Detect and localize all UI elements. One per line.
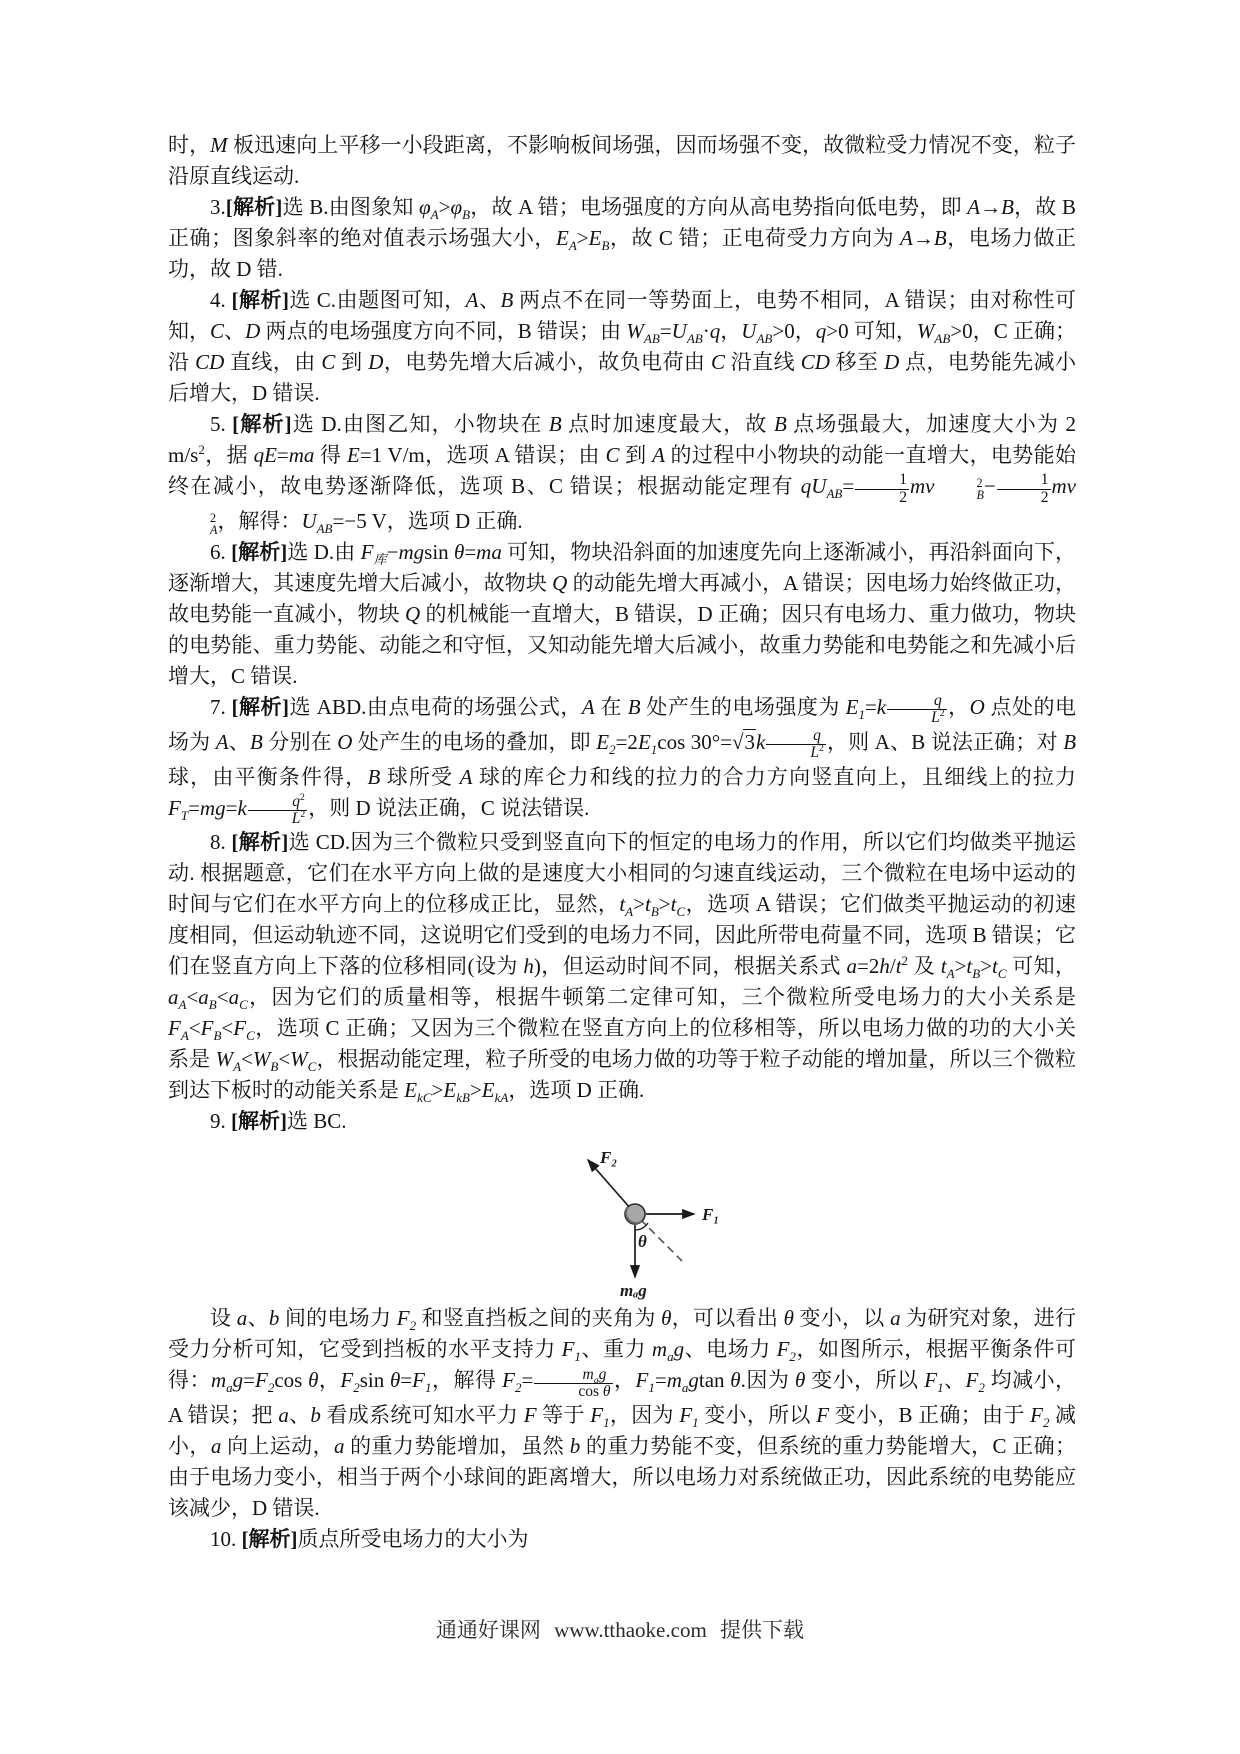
- paragraph: 7. [解析]选 ABD.由点电荷的场强公式，A 在 B 处产生的电场强度为 E…: [168, 692, 1076, 828]
- paragraph: 设 a、b 间的电场力 F2 和竖直挡板之间的夹角为 θ，可以看出 θ 变小，以…: [168, 1303, 1076, 1524]
- footer-text: 通通好课网 www.tthaoke.com 提供下载: [0, 1614, 1240, 1644]
- paragraph: 3.[解析]选 B.由图象知 φA>φB，故 A 错；电场强度的方向从高电势指向…: [168, 192, 1076, 285]
- paragraph: 9. [解析]选 BC.: [168, 1106, 1076, 1137]
- paragraph: 8. [解析]选 CD.因为三个微粒只受到竖直向下的恒定的电场力的作用，所以它们…: [168, 827, 1076, 1106]
- paragraph: 时，M 板迅速向上平移一小段距离，不影响板间场强，因而场强不变，故微粒受力情况不…: [168, 130, 1076, 192]
- f1-label: F₁: [701, 1205, 719, 1224]
- solutions-block-upper: 时，M 板迅速向上平移一小段距离，不影响板间场强，因而场强不变，故微粒受力情况不…: [168, 130, 1076, 1137]
- document-page: 时，M 板迅速向上平移一小段距离，不影响板间场强，因而场强不变，故微粒受力情况不…: [0, 0, 1240, 1754]
- solutions-block-lower: 设 a、b 间的电场力 F2 和竖直挡板之间的夹角为 θ，可以看出 θ 变小，以…: [168, 1303, 1076, 1555]
- f2-force-arrow: [588, 1160, 631, 1209]
- f2-label: F₂: [599, 1148, 617, 1167]
- paragraph: 4. [解析]选 C.由题图可知，A、B 两点不在同一等势面上，电势不相同，A …: [168, 285, 1076, 409]
- paragraph: 6. [解析]选 D.由 F库−mgsin θ=ma 可知，物块沿斜面的加速度先…: [168, 537, 1076, 692]
- document-body: 时，M 板迅速向上平移一小段距离，不影响板间场强，因而场强不变，故微粒受力情况不…: [168, 130, 1076, 1555]
- force-diagram-figure: F₂ F₁ mₐg θ: [194, 1143, 1076, 1301]
- paragraph: 5. [解析]选 D.由图乙知，小物块在 B 点时加速度最大，故 B 点场强最大…: [168, 409, 1076, 537]
- paragraph: 10. [解析]质点所受电场力的大小为: [168, 1524, 1076, 1555]
- gravity-label: mₐg: [620, 1281, 647, 1300]
- force-diagram-svg: F₂ F₁ mₐg θ: [510, 1143, 760, 1301]
- theta-label: θ: [638, 1232, 647, 1251]
